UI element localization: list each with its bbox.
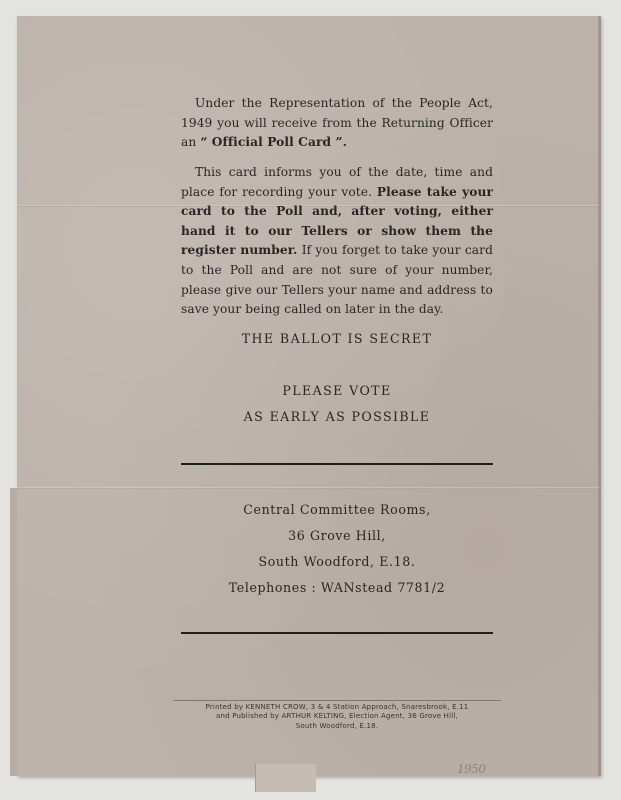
pencil-annotation: 1950 (457, 762, 486, 776)
address-line-committee-rooms: Central Committee Rooms, (181, 502, 493, 517)
address-line-town: South Woodford, E.18. (181, 554, 493, 569)
imprint-line-address: South Woodford, E.18. (173, 722, 501, 731)
official-poll-card-term: “ Official Poll Card ”. (200, 135, 347, 149)
printer-imprint: Printed by KENNETH CROW, 3 & 4 Station A… (173, 700, 501, 731)
paragraph-voting-instructions: This card informs you of the date, time … (181, 163, 493, 320)
paper-tear (255, 764, 316, 792)
imprint-line-publisher: and Published by ARTHUR KELTING, Electio… (173, 712, 501, 721)
divider-rule-upper (181, 463, 493, 465)
fold-crease-lower (17, 487, 601, 489)
paper-edge-offset (10, 488, 17, 776)
vote-early-line: AS EARLY AS POSSIBLE (181, 409, 493, 424)
paragraph-poll-card-notice: Under the Representation of the People A… (181, 94, 493, 153)
divider-rule-lower (181, 632, 493, 634)
address-telephone: Telephones : WANstead 7781/2 (181, 580, 493, 595)
leaflet-page: Under the Representation of the People A… (17, 16, 601, 776)
please-vote-line: PLEASE VOTE (181, 383, 493, 398)
address-line-street: 36 Grove Hill, (181, 528, 493, 543)
imprint-line-printer: Printed by KENNETH CROW, 3 & 4 Station A… (173, 703, 501, 712)
ballot-secret-notice: THE BALLOT IS SECRET (181, 331, 493, 346)
